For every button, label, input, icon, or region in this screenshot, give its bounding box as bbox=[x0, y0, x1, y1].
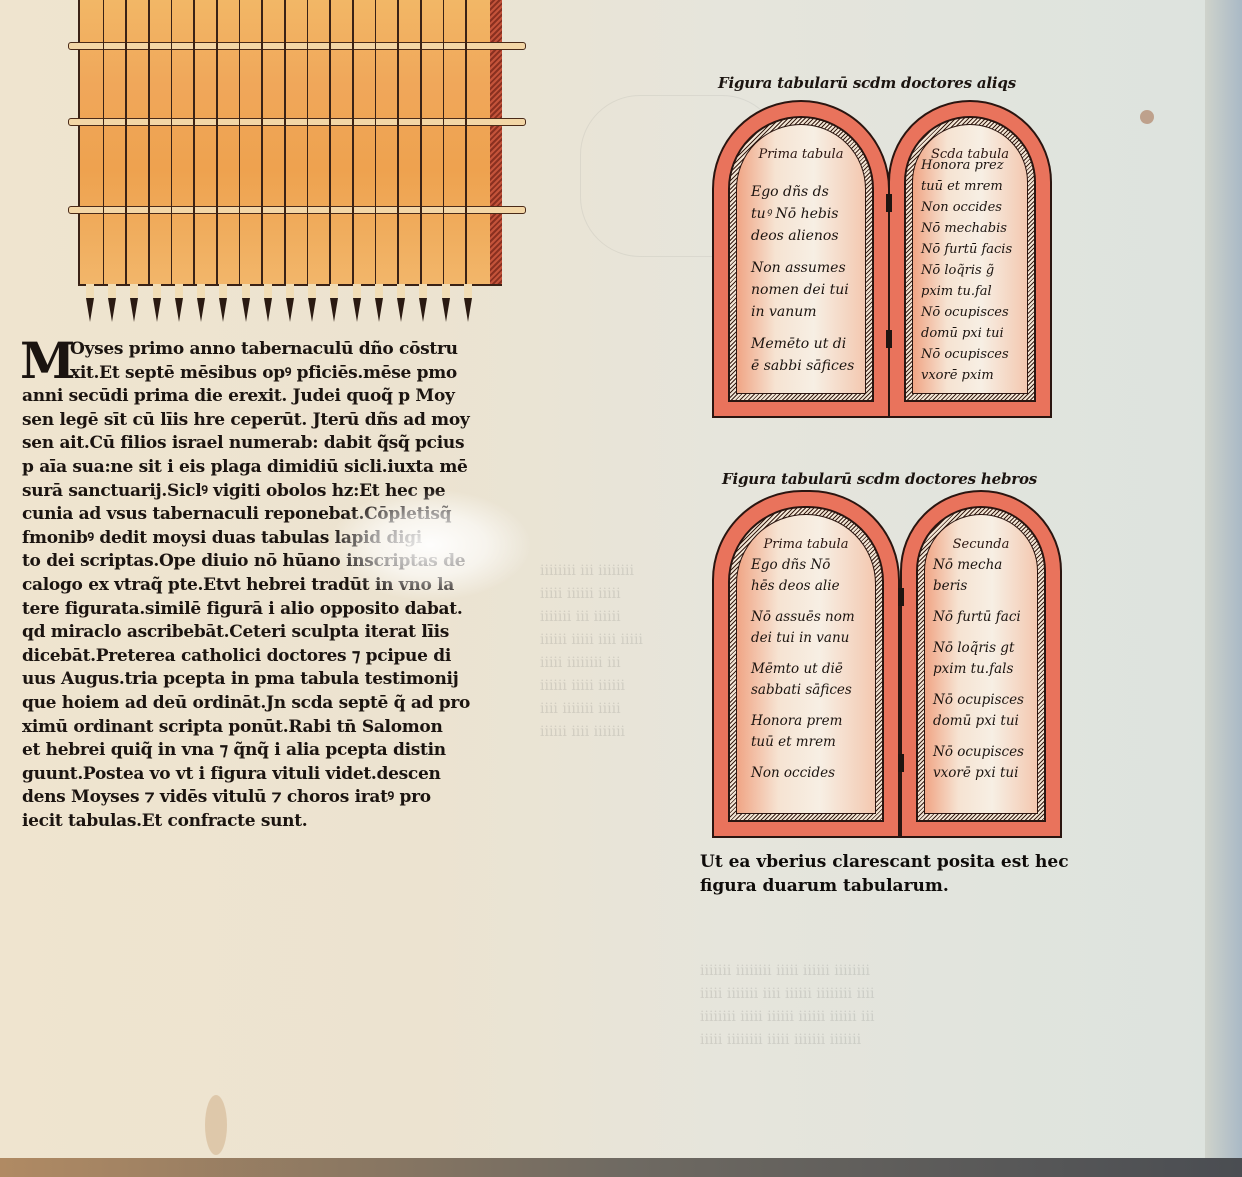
crossbar bbox=[68, 118, 526, 126]
tablet-heading: Prima tabula bbox=[737, 147, 865, 162]
show-through-text-bottom: iiiiiii iiiiiiii iiiii iiiiii iiiiiiiiii… bbox=[700, 960, 875, 1052]
command-line: Ego dñs ds bbox=[751, 181, 857, 203]
command-line: domū pxi tui bbox=[933, 711, 1029, 732]
board-divider bbox=[329, 0, 331, 284]
figure-2-caption: Figura tabularū scdm doctores hebros bbox=[722, 470, 1037, 488]
tenon bbox=[242, 284, 250, 322]
photo-glare bbox=[330, 490, 530, 600]
board-divider bbox=[193, 0, 195, 284]
tenon bbox=[397, 284, 405, 322]
command-line: nomen dei tui bbox=[751, 279, 857, 301]
command-line: Ego dñs Nō bbox=[751, 555, 867, 576]
page-bottom-edge bbox=[0, 1158, 1242, 1177]
background-cloth bbox=[1205, 0, 1242, 1177]
tabernacle-boards-illustration bbox=[78, 0, 502, 286]
command-line: Honora prez bbox=[921, 155, 1019, 176]
command-line: Nō loq̃ris gt bbox=[933, 638, 1029, 659]
figure-1-right-tablet: Scda tabula Honora prez tuū et mrem Non … bbox=[888, 100, 1052, 418]
text-line: dens Moyses ⁊ vidēs vitulū ⁊ choros irat… bbox=[22, 786, 522, 810]
text-line: uus Augus.tria pcepta in pma tabula test… bbox=[22, 668, 522, 692]
command-line: Non assumes bbox=[751, 257, 857, 279]
command-line: domū pxi tui bbox=[921, 323, 1019, 344]
board-tenons bbox=[80, 284, 500, 324]
hinge bbox=[886, 330, 892, 348]
tenon bbox=[175, 284, 183, 322]
command-line: Memēto ut di bbox=[751, 333, 857, 355]
text-line: xit.Et septē mēsibus opꝰ pficiēs.mēse pm… bbox=[22, 362, 522, 386]
hinge bbox=[898, 754, 904, 772]
command-line: vxorē pxim bbox=[921, 365, 1019, 386]
command-line: tuꝰ Nō hebis bbox=[751, 203, 857, 225]
board-divider bbox=[261, 0, 263, 284]
command-line: in vanum bbox=[751, 301, 857, 323]
closing-text: Ut ea vberius clarescant posita est hec … bbox=[700, 850, 1069, 898]
board-divider bbox=[443, 0, 445, 284]
tenon bbox=[286, 284, 294, 322]
tenon bbox=[442, 284, 450, 322]
text-line: Oyses primo anno tabernaculū dño cōstru bbox=[22, 338, 522, 362]
board-divider bbox=[148, 0, 150, 284]
tablet-commands: Nō mecha beris Nō furtū faci Nō loq̃ris … bbox=[933, 555, 1029, 784]
command-line: Mēmto ut diē bbox=[751, 659, 867, 680]
command-line: dei tui in vanu bbox=[751, 628, 867, 649]
command-line: tuū et mrem bbox=[751, 732, 867, 753]
board-divider bbox=[375, 0, 377, 284]
tenon bbox=[153, 284, 161, 322]
tenon bbox=[464, 284, 472, 322]
board-divider bbox=[284, 0, 286, 284]
command-line: pxim tu.fal bbox=[921, 281, 1019, 302]
command-line: Nō mecha bbox=[933, 555, 1029, 576]
hinge bbox=[886, 194, 892, 212]
text-line: dicebāt.Preterea catholici doctores ⁊ pc… bbox=[22, 645, 522, 669]
show-through-text: iiiiiiii iii iiiiiiiiiiiii iiiiii iiiiii… bbox=[540, 560, 643, 744]
board-divider bbox=[171, 0, 173, 284]
text-line: qd miraclo ascribebāt.Ceteri sculpta ite… bbox=[22, 621, 522, 645]
closing-line: Ut ea vberius clarescant posita est hec bbox=[700, 850, 1069, 874]
command-line: Nō mechabis bbox=[921, 218, 1019, 239]
command-line: Non occides bbox=[921, 197, 1019, 218]
tenon bbox=[130, 284, 138, 322]
text-line: sen ait.Cū filios israel numerab: dabit … bbox=[22, 432, 522, 456]
command-line: Honora prem bbox=[751, 711, 867, 732]
figure-2-left-tablet: Prima tabula Ego dñs Nō hēs deos alie Nō… bbox=[712, 490, 900, 838]
command-line: vxorē pxi tui bbox=[933, 763, 1029, 784]
tenon bbox=[197, 284, 205, 322]
crossbar bbox=[68, 206, 526, 214]
board-divider bbox=[125, 0, 127, 284]
command-line: Non occides bbox=[751, 763, 867, 784]
text-line: tere figurata.similē figurā i alio oppos… bbox=[22, 598, 522, 622]
board-divider bbox=[103, 0, 105, 284]
command-line: Nō ocupisces bbox=[933, 742, 1029, 763]
text-line: anni secūdi prima die erexit. Judei quoq… bbox=[22, 385, 522, 409]
tenon bbox=[264, 284, 272, 322]
command-line: Nō furtū facis bbox=[921, 239, 1019, 260]
figure-1-caption: Figura tabularū scdm doctores aliqs bbox=[718, 74, 1016, 92]
tenon bbox=[219, 284, 227, 322]
text-line: guunt.Postea vo vt i figura vituli videt… bbox=[22, 763, 522, 787]
tenon bbox=[375, 284, 383, 322]
command-line: Nō assuēs nom bbox=[751, 607, 867, 628]
tenon bbox=[353, 284, 361, 322]
tablet-commands: Ego dñs Nō hēs deos alie Nō assuēs nom d… bbox=[751, 555, 867, 784]
board-divider bbox=[465, 0, 467, 284]
command-line: Nō ocupisces bbox=[933, 690, 1029, 711]
figure-1-tablets: Prima tabula Ego dñs ds tuꝰ Nō hebis deo… bbox=[712, 100, 1052, 420]
closing-line: figura duarum tabularum. bbox=[700, 874, 1069, 898]
board-divider bbox=[307, 0, 309, 284]
tenon bbox=[330, 284, 338, 322]
text-line: iecit tabulas.Et confracte sunt. bbox=[22, 810, 522, 834]
figure-2-tablets: Prima tabula Ego dñs Nō hēs deos alie Nō… bbox=[712, 490, 1062, 840]
tenon bbox=[86, 284, 94, 322]
board-divider bbox=[239, 0, 241, 284]
board-divider bbox=[397, 0, 399, 284]
crossbar bbox=[68, 42, 526, 50]
command-line: tuū et mrem bbox=[921, 176, 1019, 197]
foxing-spot bbox=[1140, 110, 1154, 124]
figure-1-left-tablet: Prima tabula Ego dñs ds tuꝰ Nō hebis deo… bbox=[712, 100, 890, 418]
command-line: hēs deos alie bbox=[751, 576, 867, 597]
command-line: sabbati sāfices bbox=[751, 680, 867, 701]
tenon bbox=[108, 284, 116, 322]
command-line: Nō furtū faci bbox=[933, 607, 1029, 628]
text-line: p aīa sua:ne sit i eis plaga dimidiū sic… bbox=[22, 456, 522, 480]
command-line: beris bbox=[933, 576, 1029, 597]
command-line: deos alienos bbox=[751, 225, 857, 247]
text-line: et hebrei quiq̃ in vna ⁊ q̃nq̃ i alia pc… bbox=[22, 739, 522, 763]
board-divider bbox=[420, 0, 422, 284]
command-line: ē sabbi sāfices bbox=[751, 355, 857, 377]
text-line: sen legē sīt cū līis hre ceperūt. Jterū … bbox=[22, 409, 522, 433]
tablet-heading: Prima tabula bbox=[737, 537, 875, 552]
text-line: que hoiem ad deū ordināt.Jn scda septē q… bbox=[22, 692, 522, 716]
figure-2-right-tablet: Secunda Nō mecha beris Nō furtū faci Nō … bbox=[900, 490, 1062, 838]
board-divider bbox=[352, 0, 354, 284]
tenon bbox=[308, 284, 316, 322]
tenon bbox=[419, 284, 427, 322]
command-line: Nō ocupisces bbox=[921, 344, 1019, 365]
command-line: pxim tu.fals bbox=[933, 659, 1029, 680]
hinge bbox=[898, 588, 904, 606]
command-line: Nō ocupisces bbox=[921, 302, 1019, 323]
board-divider bbox=[216, 0, 218, 284]
foxing-stain bbox=[205, 1095, 227, 1155]
command-line: Nō loq̃ris g̃ bbox=[921, 260, 1019, 281]
text-line: ximū ordinant scripta ponūt.Rabi tn̄ Sal… bbox=[22, 716, 522, 740]
tablet-commands: Ego dñs ds tuꝰ Nō hebis deos alienos Non… bbox=[751, 181, 857, 377]
tablet-commands: Honora prez tuū et mrem Non occides Nō m… bbox=[921, 155, 1019, 386]
tablet-heading: Secunda bbox=[925, 537, 1037, 552]
